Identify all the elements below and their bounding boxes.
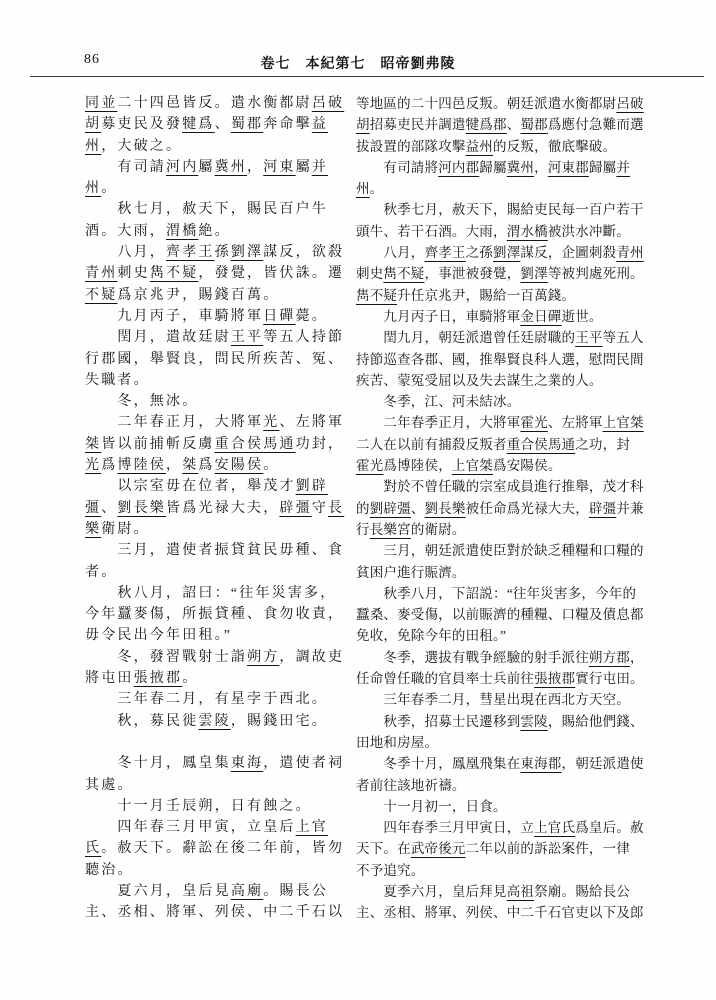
proper-noun-underlined: 辟彊 [279,501,311,516]
proper-noun-underlined: 呂破 [616,96,643,111]
text-line: 秋季八月，下詔説：“往年災害多，今年的 [356,583,648,604]
proper-noun-underlined: 桀 [85,437,101,452]
proper-noun-underlined: 劉長樂 [425,501,466,516]
text-line: 三月，朝廷派遣使臣對於缺乏種糧和口糧的 [356,540,648,561]
proper-noun-underlined: 河内 [166,160,198,175]
text-line: 拔設置的部隊攻擊益州的反叛，徹底擊破。 [356,136,648,157]
proper-noun-underlined: 并 [312,160,328,175]
text-line: 冬季，選拔有戰争經驗的射手派往朔方郡， [356,647,648,668]
text-line: 今年蠶麥傷，所振貸種、食勿收責， [85,604,359,625]
text-line: 二年春正月，大將軍光、左將軍 [85,412,359,433]
text-line: 冬，發習戰射士詣朔方，調故吏 [85,647,359,668]
proper-noun-underlined: 王平 [575,330,602,345]
text-line: 不予追究。 [356,860,648,881]
text-line: 八月，齊孝王之孫劉澤謀反，企圖刺殺青州 [356,242,648,263]
proper-noun-underlined: 冀州 [507,160,534,175]
proper-noun-underlined: 光 [85,458,101,473]
proper-noun-underlined: 劉澤 [231,245,263,260]
text-line: 其處。 [85,775,359,796]
proper-noun-underlined: 雲陵 [520,714,547,729]
text-line: 三月，遣使者振貸貧民毋種、食 [85,540,359,561]
book-page: 86 卷七 本紀第七 昭帝劉弗陵 同並二十四邑皆反。遣水衡都尉呂破胡募吏民及發犍… [0,0,716,1000]
proper-noun-underlined: 辟彊 [589,501,616,516]
text-line: 頭牛、若干石酒。大雨，渭水橋被洪水冲斷。 [356,221,648,242]
proper-noun-underlined: 上官 [296,820,328,835]
proper-noun-underlined: 雋不疑 [383,266,424,281]
text-line: 十一月壬辰朔，日有蝕之。 [85,796,359,817]
proper-noun-underlined: 後元 [438,841,465,856]
text-line: 二人在以前有捕殺反叛者重合侯馬通之功，封 [356,434,648,455]
text-line: 八月，齊孝王孫劉澤謀反，欲殺 [85,242,359,263]
proper-noun-underlined: 東海 [231,756,263,771]
text-line [85,732,359,753]
text-line: 四年春季三月甲寅日，立上官氏爲皇后。赦 [356,817,648,838]
text-line: 蠶桑、麥受傷，以前賑濟的種糧、口糧及債息都 [356,604,648,625]
proper-noun-underlined: 胡 [85,117,101,132]
text-line: 將屯田張掖郡。 [85,668,359,689]
text-line: 行郡國，舉賢良，問民所疾苦、冤、 [85,349,359,370]
text-line: 三年春季二月，彗星出現在西北方天空。 [356,689,648,710]
proper-noun-underlined: 雋不疑 [150,266,199,281]
proper-noun-underlined: 朔方 [247,650,279,665]
proper-noun-underlined: 犍爲 [182,117,214,132]
text-line: 胡募吏民及發犍爲、蜀郡奔命擊益 [85,114,359,135]
text-line: 霍光爲博陸侯，上官桀爲安陽侯。 [356,455,648,476]
text-line: 青州刺史雋不疑，發覺，皆伏誅。遷 [85,263,359,284]
proper-noun-underlined: 上官氏 [534,820,575,835]
proper-noun-underlined: 青州 [85,266,117,281]
proper-noun-underlined: 桀 [182,458,198,473]
proper-noun-underlined: 河東郡 [548,160,589,175]
text-line: 同並二十四邑皆反。遣水衡都尉呂破 [85,93,359,114]
text-line: 冬十月，鳳皇集東海，遣使者祠 [85,753,359,774]
classical-text-column: 同並二十四邑皆反。遣水衡都尉呂破胡募吏民及發犍爲、蜀郡奔命擊益州，大破之。 有司… [85,93,359,924]
proper-noun-underlined: 渭橋 [166,224,198,239]
proper-noun-underlined: 重合侯 [215,437,264,452]
proper-noun-underlined: 彊 [85,501,101,516]
text-line: 等地區的二十四邑反叛。朝廷派遣水衡都尉呂破 [356,93,648,114]
text-line: 州。 [85,178,359,199]
text-line: 樂衛尉。 [85,519,359,540]
proper-noun-underlined: 霍光 [520,415,547,430]
text-line: 冬季十月，鳳凰飛集在東海郡，朝廷派遣使 [356,753,648,774]
text-line: 不疑爲京兆尹，賜錢百萬。 [85,285,359,306]
proper-noun-underlined: 光 [263,415,279,430]
text-line: 有司請將河内郡歸屬冀州，河東郡歸屬并 [356,157,648,178]
proper-noun-underlined: 張掖郡 [534,671,575,686]
proper-noun-underlined: 上官桀 [603,415,644,430]
text-line: 秋，募民徙雲陵，賜錢田宅。 [85,711,359,732]
text-line: 天下。在武帝後元二年以前的訴訟案件，一律 [356,838,648,859]
proper-noun-underlined: 博陸侯 [117,458,166,473]
text-line: 十一月初一，日食。 [356,796,648,817]
proper-noun-underlined: 氏 [85,841,101,856]
proper-noun-underlined: 日磾 [263,309,295,324]
text-line: 者前往該地祈禱。 [356,775,648,796]
text-line: 的劉辟彊、劉長樂被任命爲光禄大夫，辟彊并兼 [356,498,648,519]
proper-noun-underlined: 州 [85,181,101,196]
text-line: 主、丞相、將軍、列侯、中二千石官吏以下及郎 [356,902,648,923]
proper-noun-underlined: 樂 [85,522,101,537]
proper-noun-underlined: 朔方郡 [589,650,630,665]
proper-noun-underlined: 齊孝王 [425,245,466,260]
proper-noun-underlined: 劉辟 [296,479,328,494]
proper-noun-underlined: 重合侯 [507,437,548,452]
proper-noun-underlined: 武帝 [411,841,438,856]
text-line: 田地和房屋。 [356,732,648,753]
text-line: 桀皆以前捕斬反虜重合侯馬通功封， [85,434,359,455]
text-line: 秋季，招募士民遷移到雲陵，賜給他們錢、 [356,711,648,732]
proper-noun-underlined: 呂破 [312,96,344,111]
proper-noun-underlined: 渭水橋 [507,224,548,239]
proper-noun-underlined: 雲陵 [198,714,230,729]
text-line: 州。 [356,178,648,199]
chapter-header-title: 卷七 本紀第七 昭帝劉弗陵 [0,53,716,73]
text-line: 閏九月，朝廷派遣曾任廷尉職的王平等五人 [356,327,648,348]
proper-noun-underlined: 州 [85,139,101,154]
proper-noun-underlined: 青州 [616,245,643,260]
proper-noun-underlined: 馬通 [263,437,295,452]
text-line: 冬季，江、河未結冰。 [356,391,648,412]
text-line: 三年春二月，有星孛于西北。 [85,689,359,710]
text-line: 聽治。 [85,860,359,881]
text-line: 有司請河内屬冀州，河東屬并 [85,157,359,178]
text-line: 彊、劉長樂皆爲光禄大夫，辟彊守長 [85,498,359,519]
proper-noun-underlined: 長 [328,501,344,516]
text-line: 疾苦、蒙冤受屈以及失去謀生之業的人。 [356,370,648,391]
proper-noun-underlined: 并 [616,160,630,175]
proper-noun-underlined: 劉澤 [520,266,547,281]
text-line: 以宗室毋在位者，舉茂才劉辟 [85,476,359,497]
proper-noun-underlined: 劉澤 [493,245,520,260]
text-line: 免收，免除今年的田租。” [356,625,648,646]
text-line: 夏季六月，皇后拜見高祖祭廟。賜給長公 [356,881,648,902]
proper-noun-underlined: 蜀郡 [520,117,547,132]
proper-noun-underlined: 河東 [263,160,295,175]
text-line: 夏六月，皇后見高廟。賜長公 [85,881,359,902]
proper-noun-underlined: 益州 [466,139,493,154]
text-line: 九月丙子，車騎將軍日磾薨。 [85,306,359,327]
text-line: 州，大破之。 [85,136,359,157]
text-line: 秋季七月，赦天下，賜給吏民每一百户若干 [356,199,648,220]
proper-noun-underlined: 州 [356,181,370,196]
proper-noun-underlined: 劉長樂 [117,501,166,516]
text-line: 雋不疑升任京兆尹，賜給一百萬錢。 [356,285,648,306]
proper-noun-underlined: 張掖郡 [134,671,183,686]
text-line: 冬，無冰。 [85,391,359,412]
text-line: 貧困户進行賑濟。 [356,562,648,583]
text-line: 胡招募吏民并調遣犍爲郡、蜀郡爲應付急難而選 [356,114,648,135]
proper-noun-underlined: 長樂宮 [370,522,411,537]
text-line: 秋八月，詔曰：“往年災害多， [85,583,359,604]
text-line: 閏月，遣故廷尉王平等五人持節 [85,327,359,348]
text-line: 刺史雋不疑，事泄被發覺，劉澤等被判處死刑。 [356,263,648,284]
header-divider-rule [30,76,704,77]
proper-noun-underlined: 劉辟彊 [370,501,411,516]
proper-noun-underlined: 河内郡 [438,160,479,175]
proper-noun-underlined: 不疑 [85,288,117,303]
text-line: 毋令民出今年田租。” [85,625,359,646]
text-line: 者。 [85,562,359,583]
proper-noun-underlined: 胡 [356,117,370,132]
proper-noun-underlined: 金日磾 [520,309,561,324]
text-line: 氏。赦天下。辭訟在後二年前，皆勿 [85,838,359,859]
translation-text-column: 等地區的二十四邑反叛。朝廷派遣水衡都尉呂破胡招募吏民并調遣犍爲郡、蜀郡爲應付急難… [356,93,648,924]
proper-noun-underlined: 益 [312,117,328,132]
text-line: 持節巡查各郡、國，推舉賢良科人選，慰問民間 [356,349,648,370]
proper-noun-underlined: 同並 [85,96,117,111]
text-line: 對於不曾任職的宗室成員進行推舉，茂才科 [356,476,648,497]
text-line: 失職者。 [85,370,359,391]
proper-noun-underlined: 高祖 [507,884,534,899]
proper-noun-underlined: 齊孝王 [166,245,215,260]
text-line: 主、丞相、將軍、列侯、中二千石以 [85,902,359,923]
proper-noun-underlined: 蜀郡 [231,117,263,132]
text-line: 酒。大雨，渭橋絶。 [85,221,359,242]
proper-noun-underlined: 安陽侯 [215,458,264,473]
proper-noun-underlined: 高廟 [231,884,263,899]
proper-noun-underlined: 東海郡 [520,756,561,771]
proper-noun-underlined: 王平 [231,330,263,345]
proper-noun-underlined: 冀州 [215,160,247,175]
text-line: 光爲博陸侯，桀爲安陽侯。 [85,455,359,476]
proper-noun-underlined: 上官桀 [452,458,493,473]
text-line: 行長樂宮的衛尉。 [356,519,648,540]
text-line: 四年春三月甲寅，立皇后上官 [85,817,359,838]
text-line: 任命曾任職的官員率士兵前往張掖郡實行屯田。 [356,668,648,689]
text-line: 秋七月，赦天下，賜民百户牛 [85,199,359,220]
proper-noun-underlined: 犍爲郡 [466,117,507,132]
text-line: 二年春季正月，大將軍霍光、左將軍上官桀 [356,412,648,433]
proper-noun-underlined: 雋不疑 [356,288,397,303]
proper-noun-underlined: 馬通 [548,437,575,452]
proper-noun-underlined: 霍光 [356,458,383,473]
text-line: 九月丙子日，車騎將軍金日磾逝世。 [356,306,648,327]
